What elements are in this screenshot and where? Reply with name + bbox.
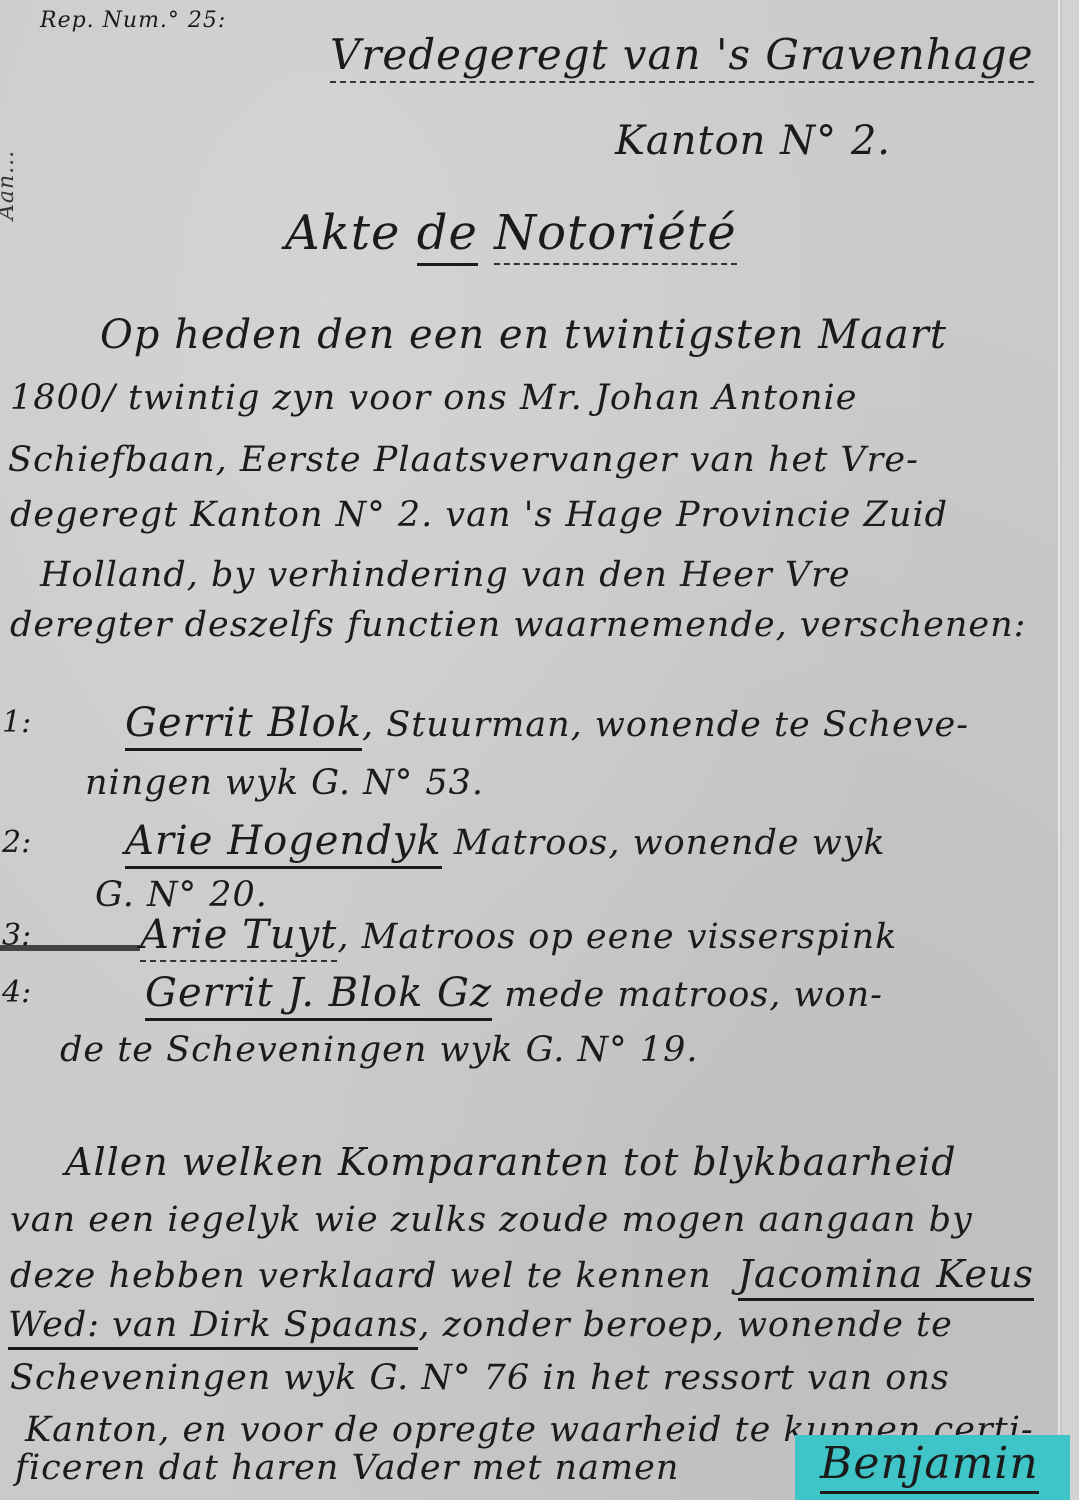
p1-line-6: deregter deszelfs functien waarnemende, … bbox=[10, 605, 1026, 645]
comparant-1-number: 1: bbox=[2, 705, 31, 740]
comparant-3-desc: , Matroos op eene visserspink bbox=[337, 917, 897, 957]
act-title-akte: Akte bbox=[285, 205, 400, 261]
comparant-2-line-2: G. N° 20. bbox=[95, 875, 268, 915]
court-title: Vredegeregt van 's Gravenhage bbox=[330, 30, 1034, 83]
p1-line-1: Op heden den een en twintigsten Maart bbox=[100, 312, 947, 358]
comparant-2-name: Arie Hogendyk bbox=[125, 818, 442, 869]
name-benjamin: Benjamin bbox=[820, 1438, 1039, 1489]
name-wed-spaans: Wed: van Dirk Spaans bbox=[8, 1305, 418, 1350]
page-edge bbox=[1060, 0, 1079, 1500]
comparant-1-desc: , Stuurman, wonende te Scheve- bbox=[362, 705, 969, 745]
p2-line-3: deze hebben verklaard wel te kennen Jaco… bbox=[10, 1252, 1034, 1296]
comparant-4-number: 4: bbox=[2, 975, 31, 1010]
p2-line-4-rest: , zonder beroep, wonende te bbox=[418, 1305, 952, 1345]
p1-line-2: 1800/ twintig zyn voor ons Mr. Johan Ant… bbox=[10, 378, 857, 418]
canton-subtitle: Kanton N° 2. bbox=[615, 118, 891, 164]
act-title-notoriete: Notoriété bbox=[494, 205, 736, 265]
comparant-4-line-1: Gerrit J. Blok Gz mede matroos, won- bbox=[145, 970, 883, 1016]
act-title: Akte de Notoriété bbox=[285, 205, 737, 261]
p2-line-7-text: ficeren dat haren Vader met namen bbox=[15, 1448, 679, 1488]
p2-line-1: Allen welken Komparanten tot blykbaarhei… bbox=[65, 1140, 957, 1184]
comparant-4-name: Gerrit J. Blok Gz bbox=[145, 970, 492, 1021]
p1-line-4: degeregt Kanton N° 2. van 's Hage Provin… bbox=[10, 495, 948, 535]
comparant-1-line-1: Gerrit Blok, Stuurman, wonende te Scheve… bbox=[125, 700, 969, 746]
comparant-2-number: 2: bbox=[2, 825, 31, 860]
comparant-3-line-1: Arie Tuyt, Matroos op eene visserspink bbox=[140, 912, 897, 958]
p2-line-2: van een iegelyk wie zulks zoude mogen aa… bbox=[10, 1200, 973, 1240]
comparant-1-line-2: ningen wyk G. N° 53. bbox=[85, 763, 484, 803]
name-benjamin-text: Benjamin bbox=[820, 1438, 1039, 1494]
p2-line-5: Scheveningen wyk G. N° 76 in het ressort… bbox=[10, 1358, 950, 1398]
p1-line-3: Schiefbaan, Eerste Plaatsvervanger van h… bbox=[8, 440, 919, 480]
act-title-de: de bbox=[417, 205, 478, 266]
comparant-1-name: Gerrit Blok bbox=[125, 700, 362, 751]
reference-number: Rep. Num.° 25: bbox=[40, 8, 226, 33]
name-jacomina: Jacomina Keus bbox=[738, 1252, 1034, 1301]
comparant-2-desc: Matroos, wonende wyk bbox=[442, 823, 886, 863]
comparant-2-line-1: Arie Hogendyk Matroos, wonende wyk bbox=[125, 818, 886, 864]
fold-line bbox=[1058, 0, 1060, 1500]
comparant-3-number: 3: bbox=[2, 918, 31, 953]
comparant-4-desc: mede matroos, won- bbox=[492, 975, 883, 1015]
p2-line-7: ficeren dat haren Vader met namen bbox=[15, 1448, 679, 1488]
comparant-3-name: Arie Tuyt bbox=[140, 912, 337, 962]
p2-line-3-text: deze hebben verklaard wel te kennen bbox=[10, 1256, 712, 1296]
p1-line-5: Holland, by verhindering van den Heer Vr… bbox=[40, 555, 851, 595]
margin-note: Aan... bbox=[0, 150, 19, 220]
comparant-4-line-2: de te Scheveningen wyk G. N° 19. bbox=[60, 1030, 698, 1070]
p2-line-4: Wed: van Dirk Spaans, zonder beroep, won… bbox=[8, 1305, 953, 1345]
